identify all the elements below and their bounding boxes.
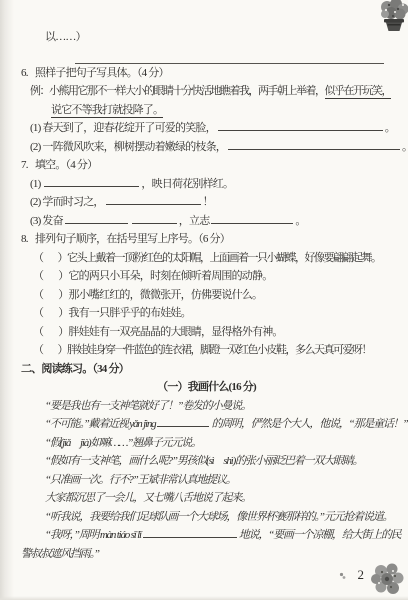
question-title: 照样子把句子写具体。（4 分） [35,67,169,79]
q8-item-2: （）它的两只小耳朵，时刻在倾听着周围的动静。 [21,267,392,286]
passage-line-6: 大家都沉思了一会儿，又七嘴八舌地说了起来。 [21,489,392,508]
item-text: ，映日荷花别样红。 [141,178,233,190]
passage-text: “只准画一次。行不?”王斌非常认真地提议。 [45,474,236,486]
question-number: 8. [21,230,33,249]
question-8-header: 8. 排列句子顺序，在括号里写上序号。（6 分） [21,230,392,249]
bracket-close: ） [58,289,68,301]
passage-text: “我呀，”周明 màn tiáo sī lǐ [45,529,141,541]
fill-blank [218,119,383,131]
fill-blank [44,175,139,187]
passage-line-7: “听我说，我要给我们足球队画一个大球场，像世界杯赛那样的。”元元抢着说道。 [21,508,392,527]
item-mid: ，立志 [179,215,210,227]
question-6-header: 6. 照样子把句子写具体。（4 分） [21,64,392,83]
item-end: 。 [295,215,305,227]
fill-blank [132,212,177,224]
passage-text: “听我说，我要给我们足球队画一个大球场，像世界杯赛那样的。”元元抢着说道。 [45,511,392,523]
item-text: 它头上戴着一顶粉红色的太阳帽，上面画着一只小蝴蝶，好像要翩翩起舞。 [67,252,381,264]
passage-line-4: “假如有一支神笔，画什么呢?”男孩似(sì shì)的张小丽眨巴着一双大眼睛。 [21,452,392,471]
item-text: 它的两只小耳朵，时刻在倾听着周围的动静。 [68,270,272,282]
fill-blank [143,526,237,538]
fill-blank [211,212,293,224]
bracket-open: （ [33,326,43,338]
passage-text: “假(jiǎ jià)如嘛……”翘鼻子元元说。 [45,437,201,449]
bracket-close: ） [58,307,68,319]
passage-line-2: “不可能。”戴着近视 yǎn jìng的周明，俨然是个大人，他说，“那是童话！” [21,415,392,434]
passage-line-9: 警叔叔遮风挡雨。” [21,545,392,564]
section-heading-text: 二、阅读练习。（34 分） [21,363,129,375]
page-bottom-shadow [0,596,408,600]
item-text: 一阵微风吹来，柳树摆动着嫩绿的枝条， [42,141,226,153]
bracket-close: ） [58,344,68,356]
passage-text: “要是我也有一支神笔就好了！”卷发的小曼说。 [45,400,251,412]
q7-item-1: (1) ，映日荷花别样红。 [21,175,392,194]
question-number: 6. [21,64,33,83]
item-label: (2) [30,141,40,153]
item-end: 。 [402,141,408,153]
passage-text: 警叔叔遮风挡雨。” [21,548,99,560]
example-label: 例： [30,85,49,97]
bracket-close: ） [58,326,68,338]
item-text: 那小嘴红红的，微微张开，仿佛要说什么。 [68,289,262,301]
item-text: 学而时习之， [42,196,103,208]
section-heading: 二、阅读练习。（34 分） [21,360,392,379]
item-text: 发奋 [42,215,62,227]
q7-item-3: (3) 发奋，立志。 [21,212,392,231]
q8-item-4: （）我有一只胖乎乎的布娃娃。 [21,304,392,323]
answer-line [75,47,384,64]
fill-blank [106,193,201,205]
item-text: 春天到了，迎春花绽开了可爱的笑脸， [42,122,215,134]
question-title: 排列句子顺序，在括号里写上序号。（6 分） [35,233,230,245]
passage-line-8: “我呀，”周明 màn tiáo sī lǐ地说，“要画一个凉棚，给大街上的民 [21,526,392,545]
fill-blank [228,138,400,150]
passage-text: 大家都沉思了一会儿，又七嘴八舌地说了起来。 [45,492,251,504]
passage-text: “假如有一支神笔，画什么呢?”男孩似(sì shì)的张小丽眨巴着一双大眼睛。 [45,455,362,467]
bracket-open: （ [33,307,43,319]
passage-line-1: “要是我也有一支神笔就好了！”卷发的小曼说。 [21,397,392,416]
example-line-2: 说它不等我打就投降了。 [21,101,392,120]
item-end: 。 [385,122,395,134]
flower-icon [368,561,406,598]
bracket-close: ） [58,252,68,264]
item-end: ！ [203,196,213,208]
item-label: (3) [30,215,40,227]
example-line-1: 例：小熊用它那不一样大小的眼睛十分快活地瞧着我，两手朝上举着，似乎在开玩笑， [21,82,392,101]
underlined-text: 似乎在开玩笑， [325,85,392,99]
scanned-exam-page: { "page": { "number": "2", "paper_color"… [0,0,408,600]
q6-item-1: (1) 春天到了，迎春花绽开了可爱的笑脸，。 [21,119,392,138]
passage-line-5: “只准画一次。行不?”王斌非常认真地提议。 [21,471,392,490]
bracket-open: （ [33,252,43,264]
q8-item-3: （）那小嘴红红的，微微张开，仿佛要说什么。 [21,286,392,305]
passage-text: 地说，“要画一个凉棚，给大街上的民 [239,529,401,541]
continuation-text: 以……） [21,28,392,47]
fill-blank [157,415,209,427]
page-content: 以……） 6. 照样子把句子写具体。（4 分） 例：小熊用它那不一样大小的眼睛十… [0,0,408,563]
item-label: (2) [30,196,40,208]
q8-item-5: （）胖娃娃有一双亮晶晶的大眼睛，显得格外有神。 [21,323,392,342]
question-7-header: 7. 填空。（4 分） [21,156,392,175]
example-text: 小熊用它那不一样大小的眼睛十分快活地瞧着我，两手朝上举着， [49,85,325,97]
item-text: 胖娃娃有一双亮晶晶的大眼睛，显得格外有神。 [68,326,282,338]
item-label: (1) [30,122,40,134]
passage-title: （一）我画什么(16 分) [21,378,392,397]
question-number: 7. [21,156,33,175]
item-label: (1) [30,178,40,190]
q7-item-2: (2) 学而时习之，！ [21,193,392,212]
passage-text: 的周明，俨然是个大人，他说，“那是童话！” [211,418,407,430]
underlined-text: 说它不等我打就投降了。 [51,104,163,118]
page-number: 2 [358,567,365,583]
item-text: 胖娃娃身穿一件蓝色的连衣裙，脚蹬一双红色小皮鞋，多么天真可爱呀！ [67,344,371,356]
passage-title-text: （一）我画什么(16 分) [157,381,256,393]
item-text: 我有一只胖乎乎的布娃娃。 [68,307,190,319]
passage-text: “不可能。”戴着近视 yǎn jìng [45,418,155,430]
bracket-open: （ [33,270,43,282]
q8-item-6: （）胖娃娃身穿一件蓝色的连衣裙，脚蹬一双红色小皮鞋，多么天真可爱呀！ [21,341,392,360]
fill-blank [65,212,128,224]
continuation-label: 以……） [45,31,86,43]
q8-item-1: （）它头上戴着一顶粉红色的太阳帽，上面画着一只小蝴蝶，好像要翩翩起舞。 [21,249,392,268]
bracket-open: （ [33,289,43,301]
q6-item-2: (2) 一阵微风吹来，柳树摆动着嫩绿的枝条，。 [21,138,392,157]
bracket-open: （ [33,344,43,356]
bracket-close: ） [58,270,68,282]
passage-line-3: “假(jiǎ jià)如嘛……”翘鼻子元元说。 [21,434,392,453]
question-title: 填空。（4 分） [35,159,97,171]
small-ornament-icon [339,572,346,580]
